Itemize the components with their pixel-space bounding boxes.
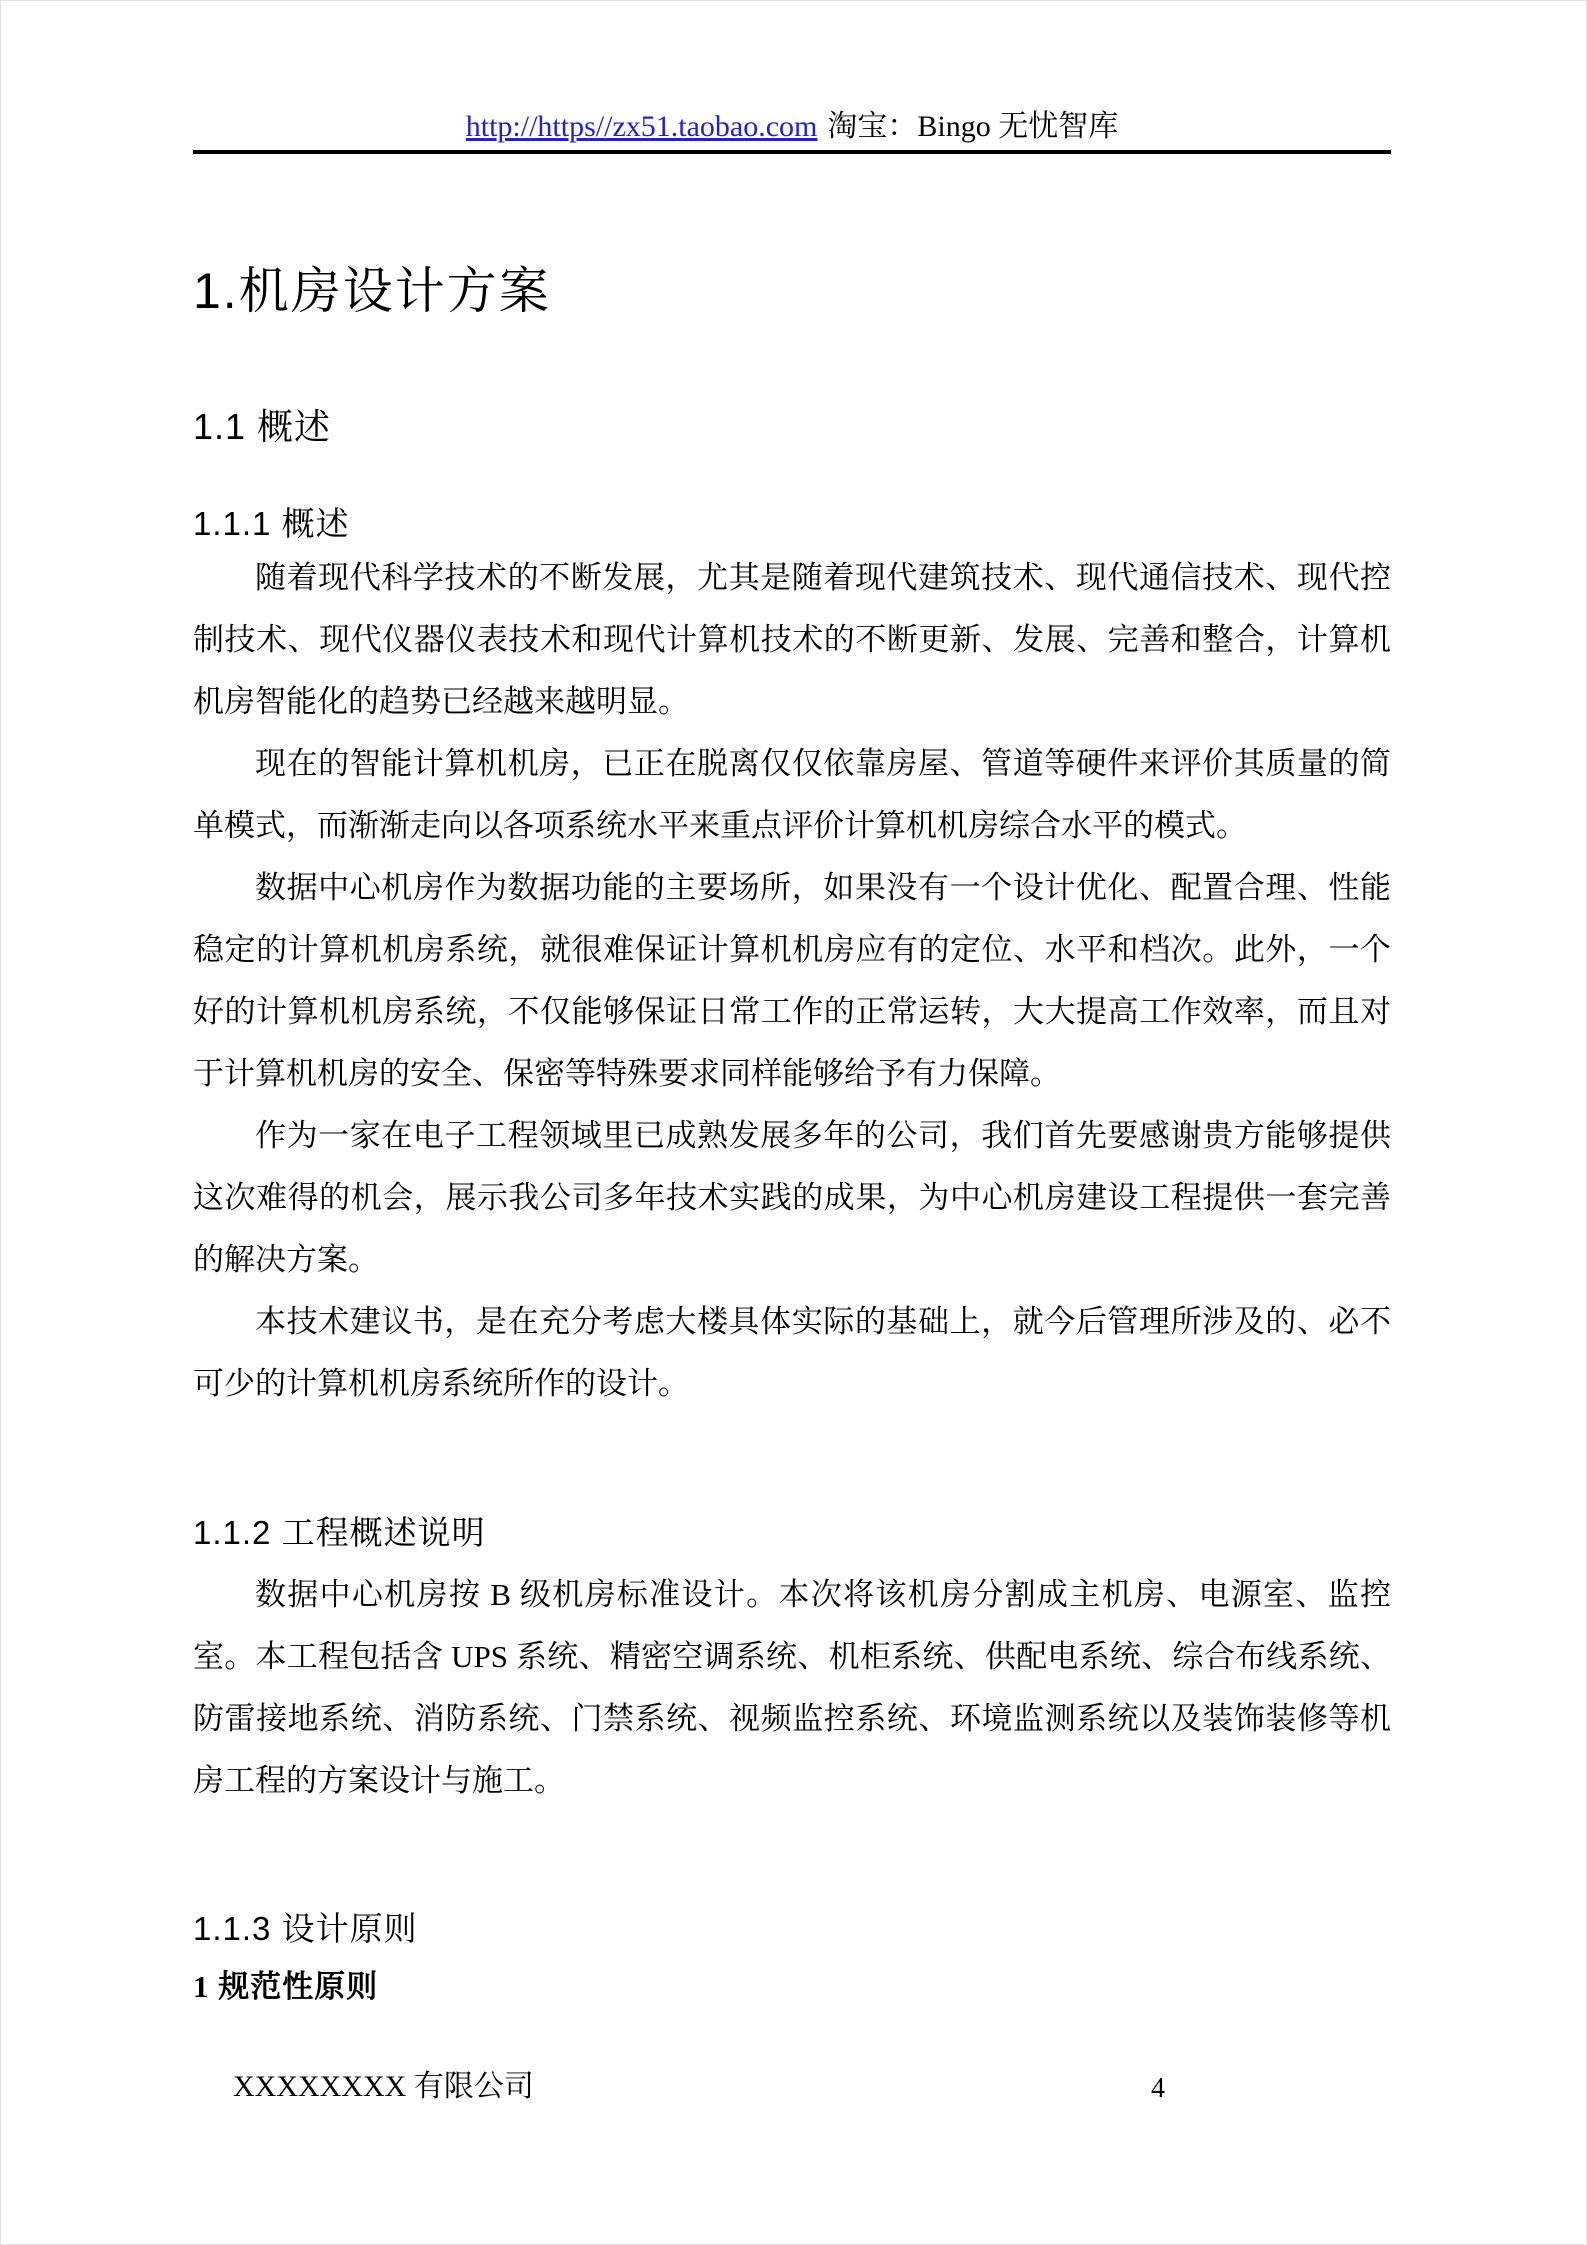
footer-company-name: XXXXXXXX 有限公司 (233, 2070, 534, 2103)
subsection-heading-1-1-1: 1.1.1 概述 (193, 502, 1391, 545)
paragraph: 数据中心机房作为数据功能的主要场所，如果没有一个设计优化、配置合理、性能稳定的计… (193, 857, 1391, 1105)
paragraph: 作为一家在电子工程领域里已成熟发展多年的公司，我们首先要感谢贵方能够提供这次难得… (193, 1105, 1391, 1291)
section-heading-1-1: 1.1 概述 (193, 404, 1391, 450)
header-text: 淘宝：Bingo 无忧智库 (827, 109, 1118, 145)
paragraph: 数据中心机房按 B 级机房标准设计。本次将该机房分割成主机房、电源室、监控室。本… (193, 1564, 1391, 1812)
subsection-heading-1-1-3: 1.1.3 设计原则 (193, 1907, 1391, 1950)
document-body: 1.机房设计方案 1.1 概述 1.1.1 概述 随着现代科学技术的不断发展，尤… (193, 158, 1391, 2008)
subsection-heading-1-1-2: 1.1.2 工程概述说明 (193, 1511, 1391, 1554)
page-footer: XXXXXXXX 有限公司 4 (193, 2067, 1391, 2111)
paragraph: 随着现代科学技术的不断发展，尤其是随着现代建筑技术、现代通信技术、现代控制技术、… (193, 547, 1391, 733)
principle-subheading: 1 规范性原则 (193, 1966, 1391, 2008)
chapter-title: 1.机房设计方案 (193, 259, 1391, 324)
page-header: http://https//zx51.taobao.com 淘宝：Bingo 无… (193, 1, 1391, 154)
header-link[interactable]: http://https//zx51.taobao.com (466, 109, 818, 145)
document-page: http://https//zx51.taobao.com 淘宝：Bingo 无… (0, 0, 1587, 2245)
page-number: 4 (1151, 2069, 1165, 2109)
paragraph: 现在的智能计算机机房，已正在脱离仅仅依靠房屋、管道等硬件来评价其质量的简单模式，… (193, 733, 1391, 857)
paragraph: 本技术建议书，是在充分考虑大楼具体实际的基础上，就今后管理所涉及的、必不可少的计… (193, 1291, 1391, 1415)
